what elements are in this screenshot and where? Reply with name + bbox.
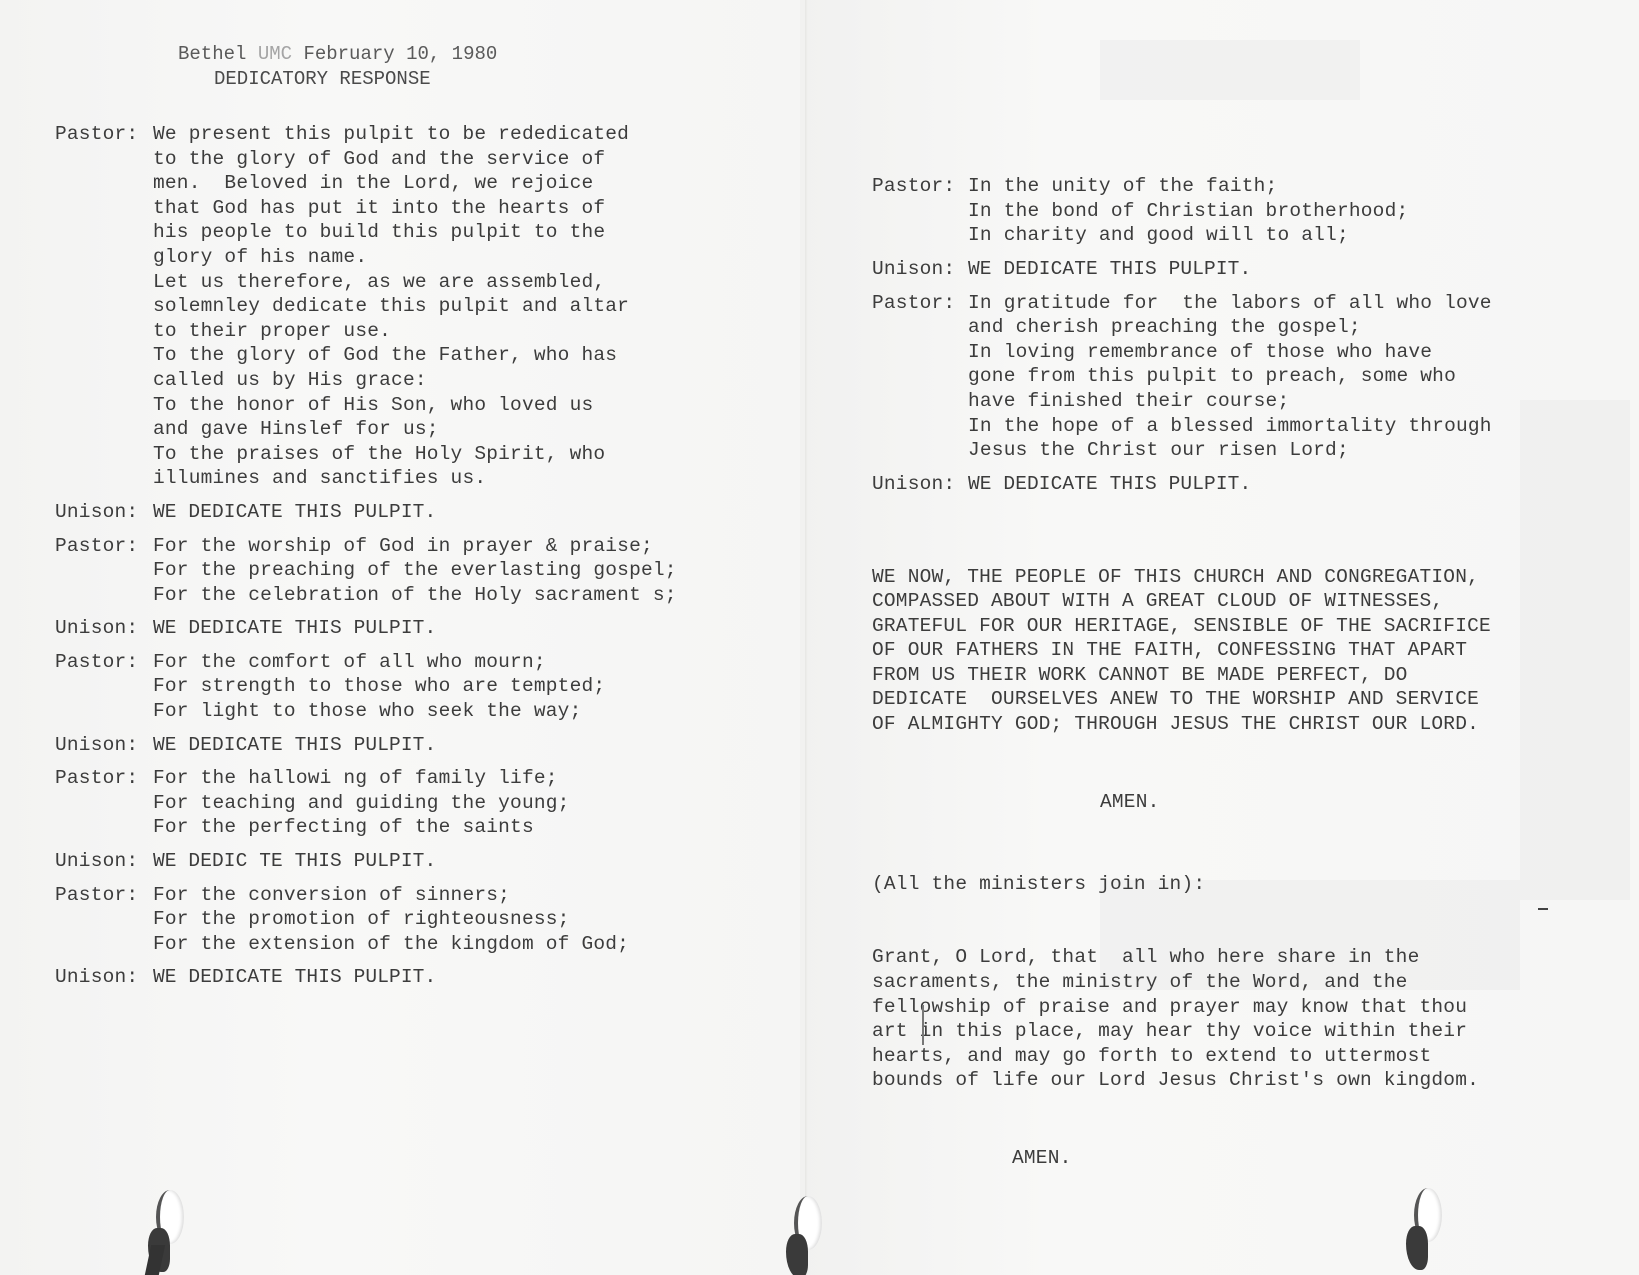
right-column: Pastor:In the unity of the faith;In the … — [872, 125, 1492, 1195]
response-line: For light to those who seek the way; — [153, 699, 605, 724]
response-lines: WE DEDICATE THIS PULPIT. — [153, 965, 436, 990]
response-line: and gave Hinslef for us; — [153, 417, 629, 442]
text-line: Grant, O Lord, that all who here share i… — [872, 945, 1492, 970]
response-line: men. Beloved in the Lord, we rejoice — [153, 171, 629, 196]
church-name: Bethel — [178, 43, 246, 65]
response-line: WE DEDICATE THIS PULPIT. — [153, 500, 436, 525]
ministers-intro: (All the ministers join in): — [872, 872, 1492, 897]
unison-response: Unison:WE DEDIC TE THIS PULPIT. — [55, 849, 677, 874]
scan-mark — [1538, 908, 1548, 910]
response-lines: WE DEDICATE THIS PULPIT. — [968, 472, 1251, 497]
bleed-through-smudge — [1520, 400, 1630, 900]
response-line: For strength to those who are tempted; — [153, 674, 605, 699]
text-line: GRATEFUL FOR OUR HERITAGE, SENSIBLE OF T… — [872, 614, 1492, 639]
response-lines: WE DEDIC TE THIS PULPIT. — [153, 849, 436, 874]
text-line: art in this place, may hear thy voice wi… — [872, 1019, 1492, 1044]
response-line: To the glory of God the Father, who has — [153, 343, 629, 368]
text-line: OF OUR FATHERS IN THE FAITH, CONFESSING … — [872, 638, 1492, 663]
response-line: In the hope of a blessed immortality thr… — [968, 414, 1492, 439]
text-line: DEDICATE OURSELVES ANEW TO THE WORSHIP A… — [872, 687, 1492, 712]
speaker-label: Pastor: — [55, 766, 153, 840]
text-line: fellowship of praise and prayer may know… — [872, 995, 1492, 1020]
response-line: In gratitude for the labors of all who l… — [968, 291, 1492, 316]
speaker-label: Pastor: — [872, 174, 968, 248]
pastor-response: Pastor:For the comfort of all who mourn;… — [55, 650, 677, 724]
response-line: Let us therefore, as we are assembled, — [153, 270, 629, 295]
response-line: illumines and sanctifies us. — [153, 466, 629, 491]
closing-prayer: Grant, O Lord, that all who here share i… — [872, 945, 1492, 1093]
response-line: his people to build this pulpit to the — [153, 220, 629, 245]
amen-2: AMEN. — [872, 1146, 1492, 1171]
page-fold — [805, 0, 808, 1275]
response-line: solemnley dedicate this pulpit and altar — [153, 294, 629, 319]
pastor-response: Pastor:In gratitude for the labors of al… — [872, 291, 1492, 463]
response-line: glory of his name. — [153, 245, 629, 270]
speaker-label: Unison: — [55, 616, 153, 641]
response-line: For the extension of the kingdom of God; — [153, 932, 629, 957]
response-line: For the celebration of the Holy sacramen… — [153, 583, 677, 608]
speaker-label: Pastor: — [872, 291, 968, 463]
response-lines: In gratitude for the labors of all who l… — [968, 291, 1492, 463]
speaker-label: Pastor: — [55, 122, 153, 491]
text-line: OF ALMIGHTY GOD; THROUGH JESUS THE CHRIS… — [872, 712, 1492, 737]
right-column-responses: Pastor:In the unity of the faith;In the … — [872, 174, 1492, 496]
response-lines: WE DEDICATE THIS PULPIT. — [968, 257, 1251, 282]
speaker-label: Unison: — [872, 472, 968, 497]
response-line: For the perfecting of the saints — [153, 815, 570, 840]
response-lines: For the comfort of all who mourn;For str… — [153, 650, 605, 724]
speaker-label: Pastor: — [55, 650, 153, 724]
response-line: and cherish preaching the gospel; — [968, 315, 1492, 340]
text-line: bounds of life our Lord Jesus Christ's o… — [872, 1068, 1492, 1093]
response-line: to the glory of God and the service of — [153, 147, 629, 172]
church-suffix: UMC — [258, 43, 292, 65]
speaker-label: Pastor: — [55, 534, 153, 608]
response-line: In the bond of Christian brotherhood; — [968, 199, 1408, 224]
response-lines: For the conversion of sinners;For the pr… — [153, 883, 629, 957]
response-line: that God has put it into the hearts of — [153, 196, 629, 221]
response-line: To the praises of the Holy Spirit, who — [153, 442, 629, 467]
response-line: To the honor of His Son, who loved us — [153, 393, 629, 418]
binder-hole-right — [1406, 1188, 1442, 1268]
response-line: For the conversion of sinners; — [153, 883, 629, 908]
unison-response: Unison:WE DEDICATE THIS PULPIT. — [872, 472, 1492, 497]
response-line: We present this pulpit to be rededicated — [153, 122, 629, 147]
response-line: For the comfort of all who mourn; — [153, 650, 605, 675]
response-lines: For the hallowi ng of family life;For te… — [153, 766, 570, 840]
unison-response: Unison:WE DEDICATE THIS PULPIT. — [55, 965, 677, 990]
document-title: DEDICATORY RESPONSE — [214, 67, 497, 92]
pastor-response: Pastor:For the hallowi ng of family life… — [55, 766, 677, 840]
response-lines: WE DEDICATE THIS PULPIT. — [153, 616, 436, 641]
response-line: For the hallowi ng of family life; — [153, 766, 570, 791]
pastor-response: Pastor:For the worship of God in prayer … — [55, 534, 677, 608]
response-lines: We present this pulpit to be rededicated… — [153, 122, 629, 491]
speaker-label: Unison: — [872, 257, 968, 282]
speaker-label: Unison: — [55, 500, 153, 525]
document-header: Bethel UMC February 10, 1980 DEDICATORY … — [178, 42, 497, 92]
response-line: gone from this pulpit to preach, some wh… — [968, 364, 1492, 389]
header-church-date: Bethel UMC February 10, 1980 — [178, 42, 497, 67]
unison-response: Unison:WE DEDICATE THIS PULPIT. — [55, 733, 677, 758]
response-line: WE DEDICATE THIS PULPIT. — [153, 616, 436, 641]
pastor-response: Pastor:We present this pulpit to be rede… — [55, 122, 677, 491]
text-line: FROM US THEIR WORK CANNOT BE MADE PERFEC… — [872, 663, 1492, 688]
response-line: have finished their course; — [968, 389, 1492, 414]
response-line: For teaching and guiding the young; — [153, 791, 570, 816]
speaker-label: Unison: — [55, 965, 153, 990]
response-lines: WE DEDICATE THIS PULPIT. — [153, 500, 436, 525]
left-column-responses: Pastor:We present this pulpit to be rede… — [55, 122, 677, 999]
response-line: In charity and good will to all; — [968, 223, 1408, 248]
amen-1: AMEN. — [872, 790, 1492, 815]
unison-response: Unison:WE DEDICATE THIS PULPIT. — [55, 500, 677, 525]
response-line: For the worship of God in prayer & prais… — [153, 534, 677, 559]
response-line: WE DEDIC TE THIS PULPIT. — [153, 849, 436, 874]
response-line: WE DEDICATE THIS PULPIT. — [153, 733, 436, 758]
response-lines: WE DEDICATE THIS PULPIT. — [153, 733, 436, 758]
speaker-label: Pastor: — [55, 883, 153, 957]
response-line: In loving remembrance of those who have — [968, 340, 1492, 365]
pastor-response: Pastor:In the unity of the faith;In the … — [872, 174, 1492, 248]
congregation-dedication: WE NOW, THE PEOPLE OF THIS CHURCH AND CO… — [872, 565, 1492, 737]
speaker-label: Unison: — [55, 849, 153, 874]
unison-response: Unison:WE DEDICATE THIS PULPIT. — [55, 616, 677, 641]
response-line: WE DEDICATE THIS PULPIT. — [153, 965, 436, 990]
response-line: For the promotion of righteousness; — [153, 907, 629, 932]
bleed-through-smudge — [1100, 40, 1360, 100]
service-date: February 10, 1980 — [303, 43, 497, 65]
speaker-label: Unison: — [55, 733, 153, 758]
binder-hole-center — [786, 1196, 822, 1275]
pastor-response: Pastor:For the conversion of sinners;For… — [55, 883, 677, 957]
response-line: called us by His grace: — [153, 368, 629, 393]
text-line: sacraments, the ministry of the Word, an… — [872, 970, 1492, 995]
response-lines: For the worship of God in prayer & prais… — [153, 534, 677, 608]
response-line: WE DEDICATE THIS PULPIT. — [968, 472, 1251, 497]
scan-mark — [922, 1005, 924, 1045]
unison-response: Unison:WE DEDICATE THIS PULPIT. — [872, 257, 1492, 282]
response-line: WE DEDICATE THIS PULPIT. — [968, 257, 1251, 282]
response-line: In the unity of the faith; — [968, 174, 1408, 199]
response-line: For the preaching of the everlasting gos… — [153, 558, 677, 583]
text-line: COMPASSED ABOUT WITH A GREAT CLOUD OF WI… — [872, 589, 1492, 614]
text-line: hearts, and may go forth to extend to ut… — [872, 1044, 1492, 1069]
response-line: Jesus the Christ our risen Lord; — [968, 438, 1492, 463]
response-line: to their proper use. — [153, 319, 629, 344]
response-lines: In the unity of the faith;In the bond of… — [968, 174, 1408, 248]
text-line: WE NOW, THE PEOPLE OF THIS CHURCH AND CO… — [872, 565, 1492, 590]
